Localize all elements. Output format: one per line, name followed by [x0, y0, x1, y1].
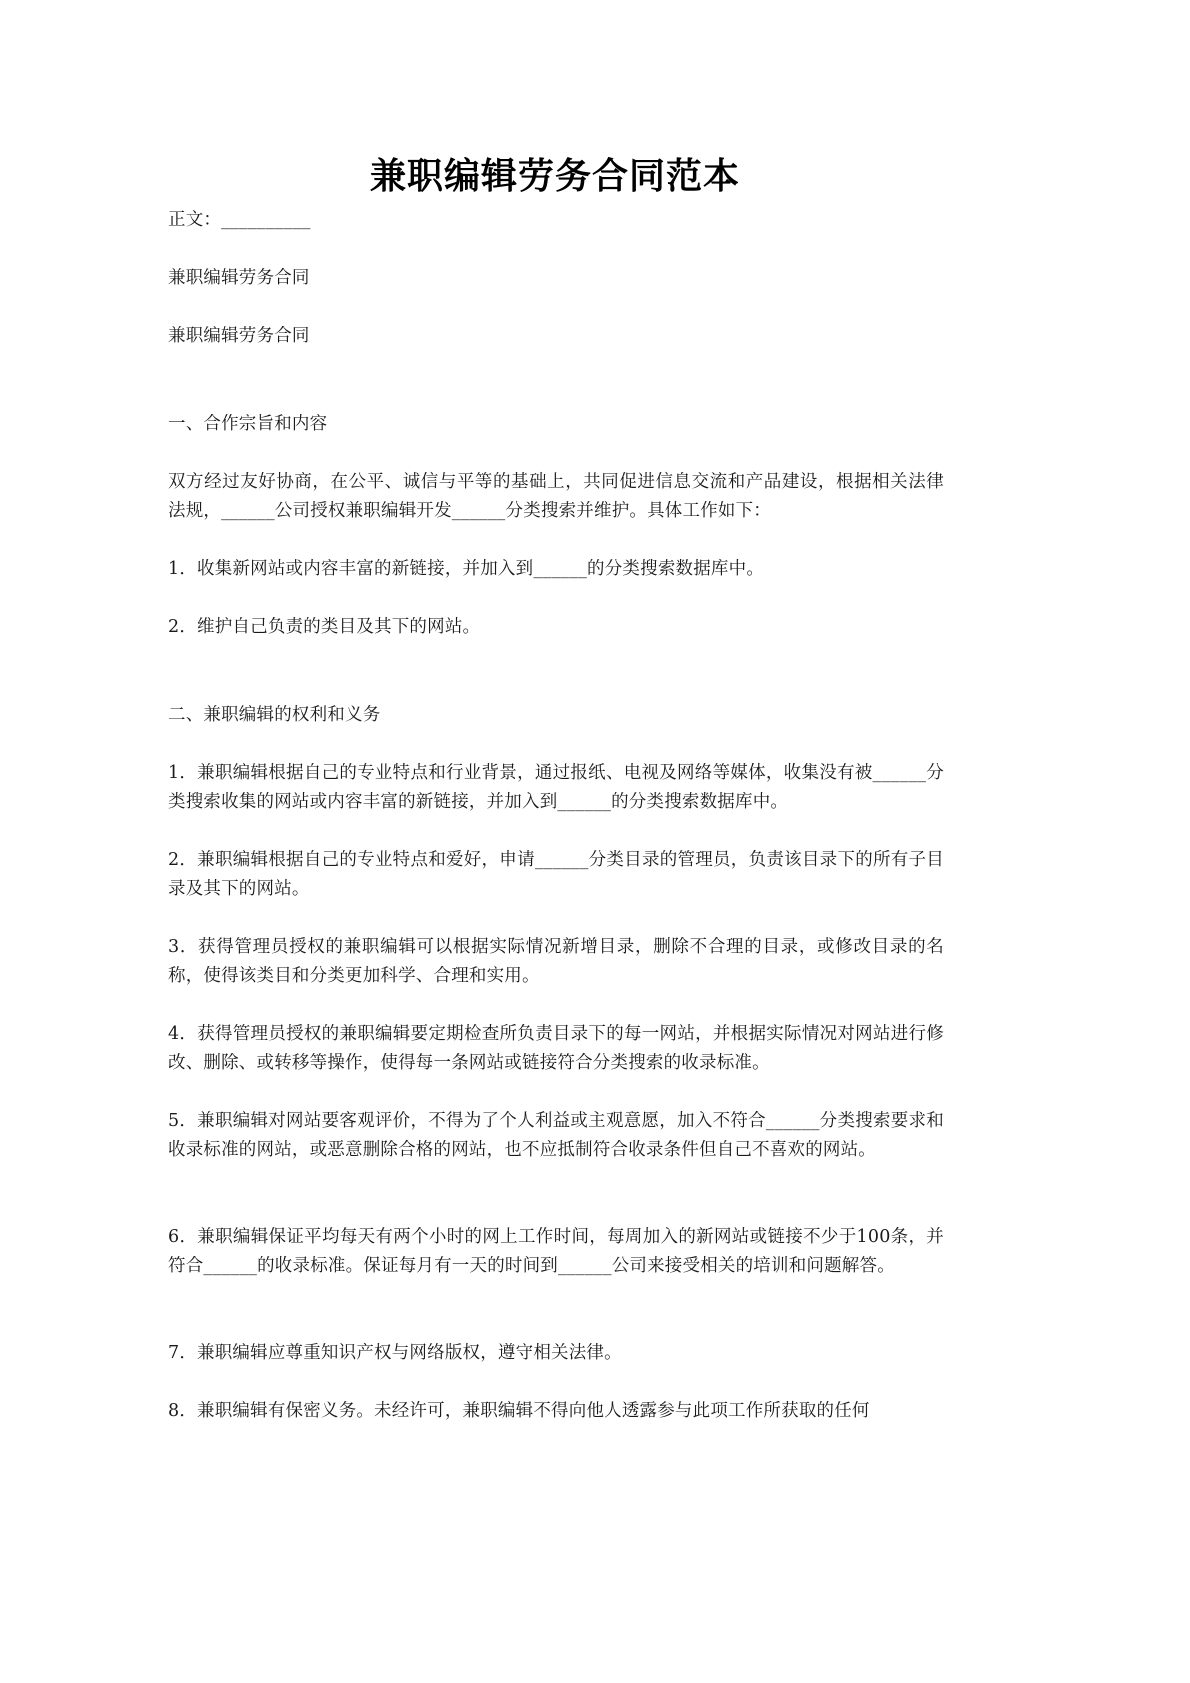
- paragraph: 正文：__________: [168, 206, 944, 235]
- paragraph: 1．收集新网站或内容丰富的新链接，并加入到______的分类搜索数据库中。: [168, 555, 944, 584]
- paragraph: 1．兼职编辑根据自己的专业特点和行业背景，通过报纸、电视及网络等媒体，收集没有被…: [168, 759, 944, 817]
- paragraph: 二、兼职编辑的权利和义务: [168, 701, 944, 730]
- paragraph: 兼职编辑劳务合同: [168, 322, 944, 351]
- paragraph: 2．维护自己负责的类目及其下的网站。: [168, 613, 944, 642]
- paragraph: 6．兼职编辑保证平均每天有两个小时的网上工作时间，每周加入的新网站或链接不少于1…: [168, 1223, 944, 1281]
- paragraph: 4．获得管理员授权的兼职编辑要定期检查所负责目录下的每一网站，并根据实际情况对网…: [168, 1020, 944, 1078]
- paragraph: 2．兼职编辑根据自己的专业特点和爱好，申请______分类目录的管理员，负责该目…: [168, 846, 944, 904]
- paragraph: 3．获得管理员授权的兼职编辑可以根据实际情况新增目录，删除不合理的目录，或修改目…: [168, 933, 944, 991]
- paragraph: 双方经过友好协商，在公平、诚信与平等的基础上，共同促进信息交流和产品建设，根据相…: [168, 468, 944, 526]
- paragraph: 7．兼职编辑应尊重知识产权与网络版权，遵守相关法律。: [168, 1339, 944, 1368]
- paragraph: 5．兼职编辑对网站要客观评价，不得为了个人利益或主观意愿，加入不符合______…: [168, 1107, 944, 1165]
- paragraph: 一、合作宗旨和内容: [168, 410, 944, 439]
- document-title: 兼职编辑劳务合同范本: [0, 152, 1110, 202]
- paragraph: 8．兼职编辑有保密义务。未经许可，兼职编辑不得向他人透露参与此项工作所获取的任何: [168, 1397, 944, 1426]
- paragraph: 兼职编辑劳务合同: [168, 264, 944, 293]
